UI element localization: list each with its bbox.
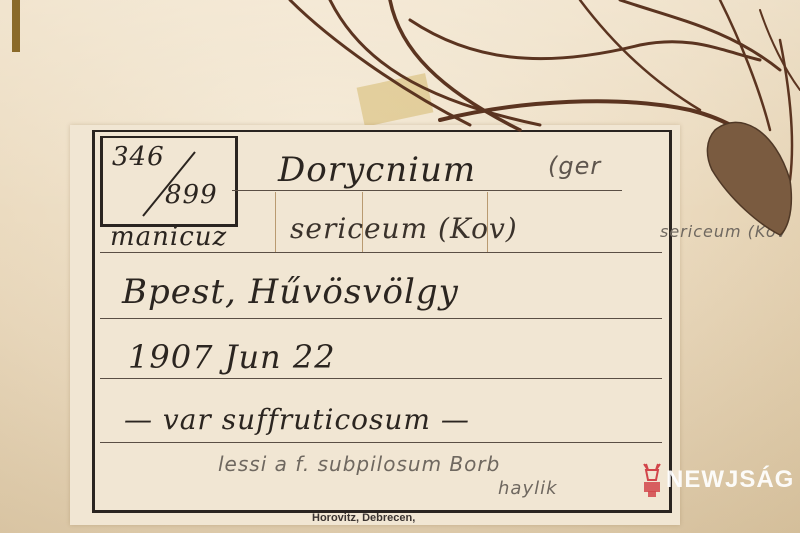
- dried-plant-specimen: [0, 0, 800, 533]
- watermark-text: NEWJSÁG: [666, 466, 794, 494]
- publisher-watermark: NEWJSÁG: [640, 462, 794, 498]
- specimen-seed-pod: [707, 122, 791, 235]
- deer-head-icon: [640, 462, 664, 498]
